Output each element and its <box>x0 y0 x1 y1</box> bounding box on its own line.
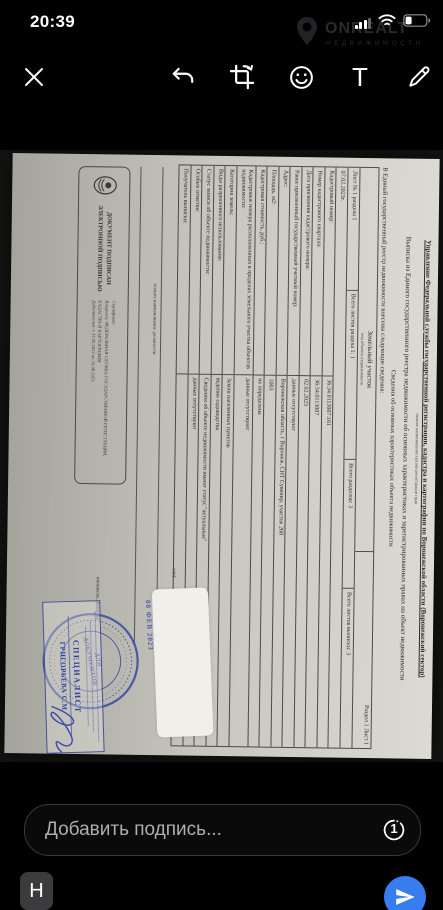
wifi-icon <box>378 14 396 32</box>
eds-validity: Действителен: с 17.05.2022 по 10.08.2023 <box>90 300 96 381</box>
watermark-tagline: НЕДВИЖИМОСТИ <box>326 40 424 47</box>
recipient-text-fragment: ели) <box>171 568 176 577</box>
photo-canvas[interactable]: Управление Федеральной службы государств… <box>0 150 443 762</box>
document-title: Выписка из Единого государственного реес… <box>396 189 413 729</box>
caption-input[interactable]: Добавить подпись... 1 <box>24 804 421 856</box>
photo-editor-screen: 20:39 ONREALT НЕДВИЖИМОСТИ <box>0 0 443 910</box>
handwritten-signature <box>41 703 82 756</box>
document-intro-line: В Единый государственный реестр недвижим… <box>378 167 388 393</box>
self-destruct-timer-button[interactable]: 1 <box>382 818 406 842</box>
draw-pencil-button[interactable] <box>403 61 435 93</box>
status-icons <box>355 14 432 32</box>
crop-rotate-button[interactable] <box>226 61 258 93</box>
eds-title-line2: ЭЛЕКТРОННОЙ ПОДПИСЬЮ <box>96 205 103 292</box>
redaction-patch <box>152 587 214 737</box>
sticker-smiley-button[interactable] <box>285 61 317 93</box>
text-tool-button[interactable]: T <box>344 61 376 93</box>
text-tool-label: T <box>352 64 368 90</box>
send-button[interactable] <box>384 876 426 910</box>
close-button[interactable] <box>18 61 50 93</box>
egrn-document: Управление Федеральной службы государств… <box>4 153 439 759</box>
coat-of-arms-icon <box>90 174 118 196</box>
signature-position-label: полное наименование должности <box>150 194 158 444</box>
digital-signature-box: ДОКУМЕНТ ПОДПИСАН ЭЛЕКТРОННОЙ ПОДПИСЬЮ С… <box>74 166 130 485</box>
keyboard-key-hint[interactable]: Н <box>20 872 53 910</box>
eds-owner: Владелец: ФЕДЕРАЛЬНАЯ СЛУЖБА ГОСУДАРСТВЕ… <box>97 300 110 456</box>
status-bar: 20:39 ONREALT НЕДВИЖИМОСТИ <box>0 0 443 44</box>
signal-icon <box>355 18 372 29</box>
editor-toolbar: T <box>0 55 443 101</box>
clock: 20:39 <box>30 12 75 32</box>
caption-placeholder: Добавить подпись... <box>45 819 222 841</box>
map-pin-icon <box>295 16 319 51</box>
undo-button[interactable] <box>167 61 199 93</box>
timer-value: 1 <box>382 821 406 836</box>
eds-certificate: Сертификат: <box>111 300 116 325</box>
signature-zone: полное наименование должности инициалы, … <box>41 163 175 747</box>
section-page-label: Раздел 1 Лист 1 <box>360 705 368 745</box>
eds-title-line1: ДОКУМЕНТ ПОДПИСАН <box>104 212 111 285</box>
battery-icon <box>403 14 431 32</box>
